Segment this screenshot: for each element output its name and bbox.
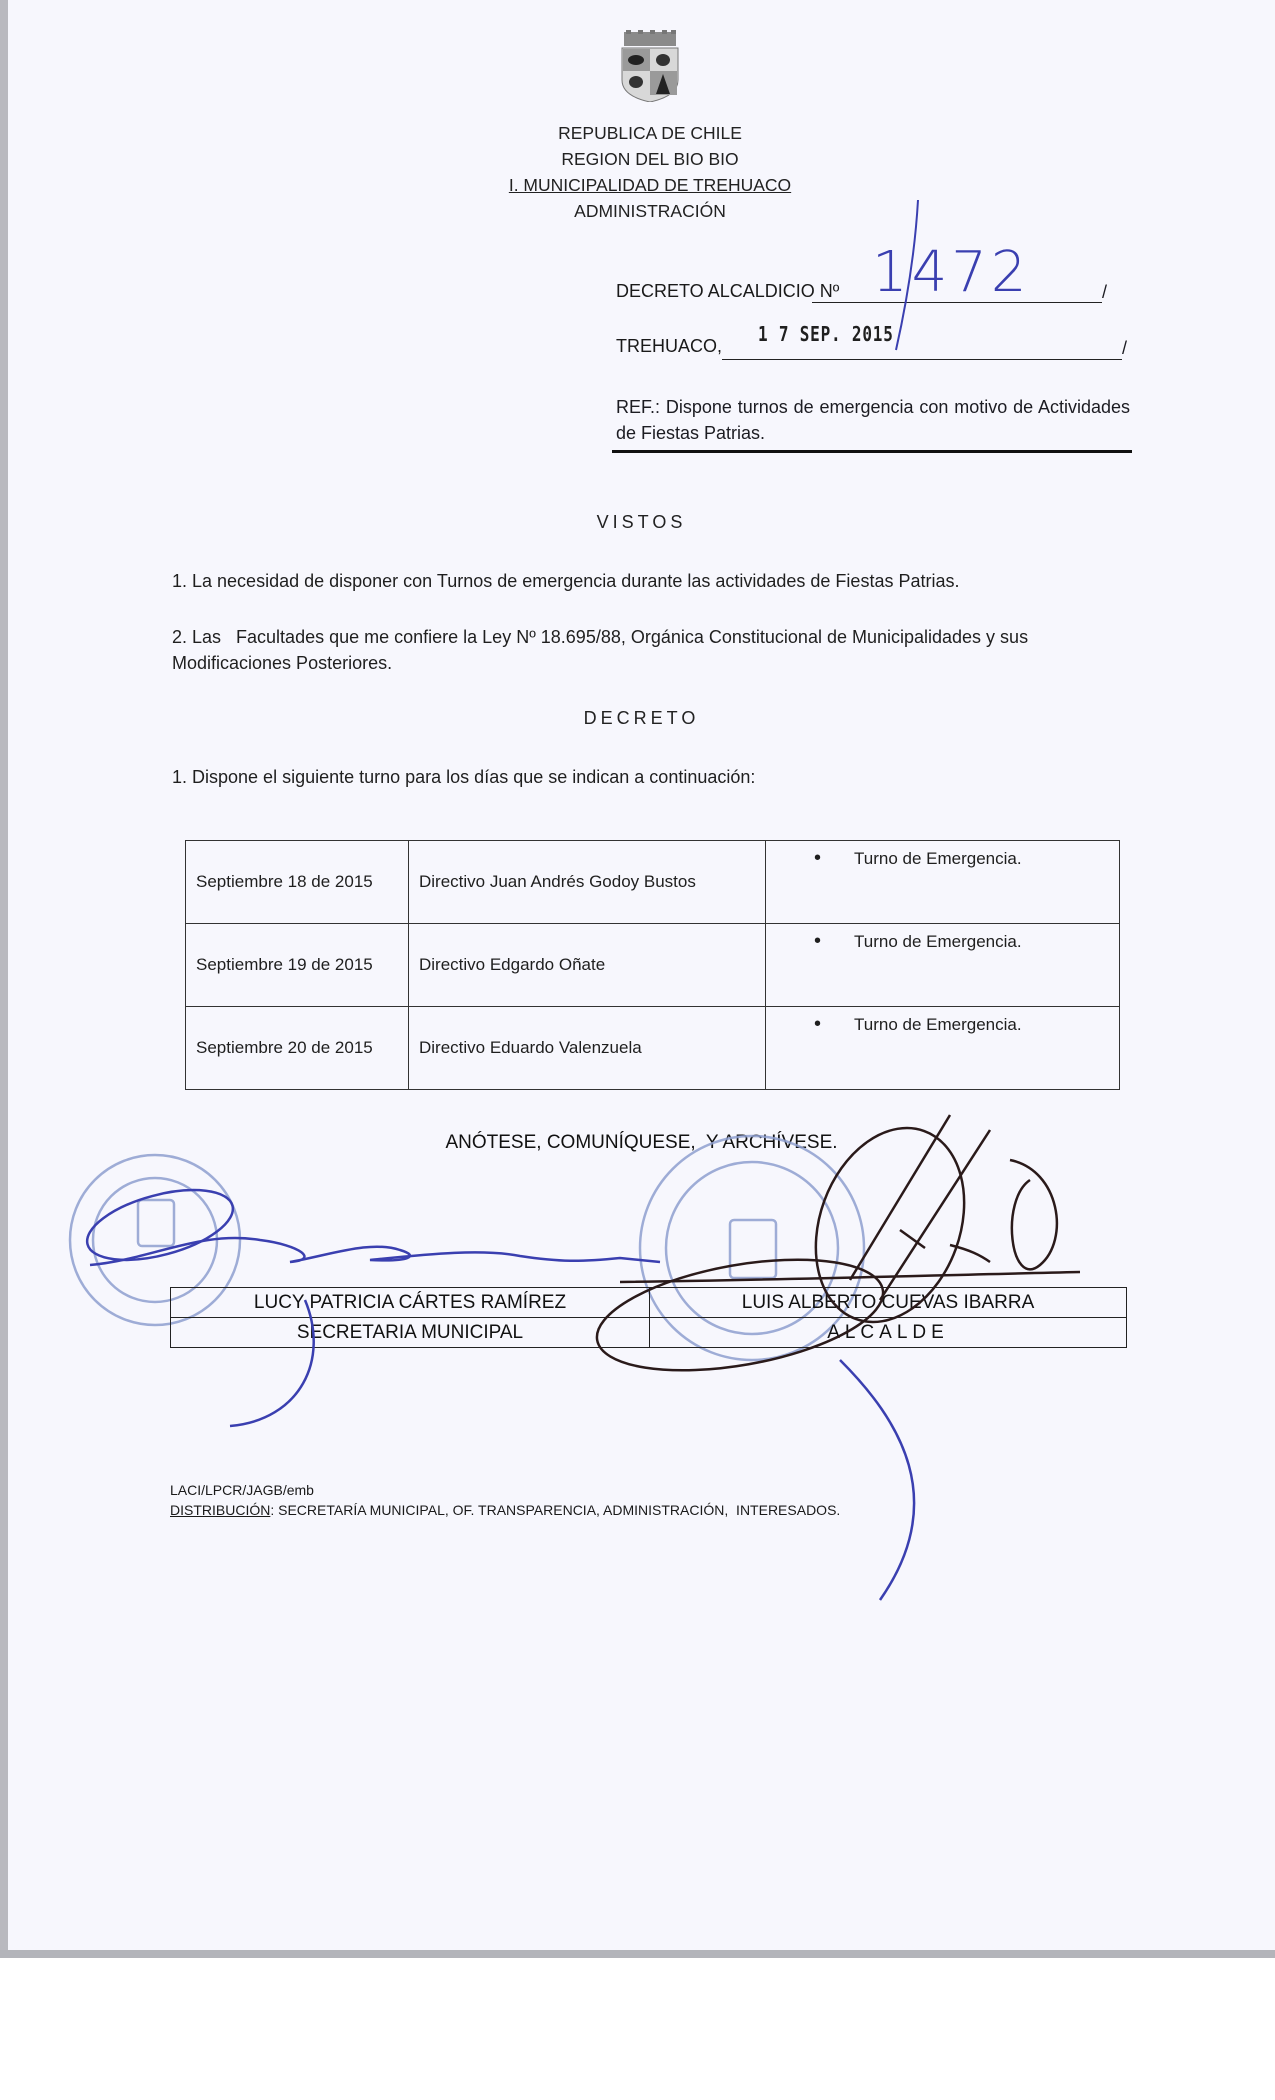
decreto-item-1: 1. Dispone el siguiente turno para los d… bbox=[172, 764, 1132, 790]
bullet-icon bbox=[776, 1013, 854, 1036]
letterhead: REPUBLICA DE CHILE REGION DEL BIO BIO I.… bbox=[450, 120, 850, 224]
shift-duty-text: Turno de Emergencia. bbox=[854, 1015, 1022, 1034]
closing-formula: ANÓTESE, COMUNÍQUESE, Y ARCHÍVESE. bbox=[0, 1132, 1275, 1154]
ref-text: Dispone turnos de emergencia con motivo … bbox=[616, 397, 1130, 443]
shift-date: Septiembre 18 de 2015 bbox=[186, 841, 409, 924]
municipal-coat-of-arms-icon bbox=[618, 30, 682, 102]
date-stamp: 1 7 SEP. 2015 bbox=[758, 322, 894, 346]
shift-duty-text: Turno de Emergencia. bbox=[854, 932, 1022, 951]
decreto-heading: DECRETO bbox=[0, 708, 1275, 729]
shift-table: Septiembre 18 de 2015 Directivo Juan And… bbox=[185, 840, 1120, 1090]
date-line bbox=[722, 359, 1122, 360]
shift-duty: Turno de Emergencia. bbox=[766, 924, 1120, 1007]
reference: REF.: Dispone turnos de emergencia con m… bbox=[616, 394, 1130, 446]
municipality-line: I. MUNICIPALIDAD DE TREHUACO bbox=[450, 172, 850, 198]
vistos-item-2: 2. Las Facultades que me confiere la Ley… bbox=[172, 624, 1132, 676]
place-label: TREHUACO, bbox=[616, 336, 722, 357]
table-row: Septiembre 19 de 2015 Directivo Edgardo … bbox=[186, 924, 1120, 1007]
secretary-name: LUCY PATRICIA CÁRTES RAMÍREZ bbox=[171, 1288, 650, 1318]
date-slash: / bbox=[1122, 338, 1127, 359]
mayor-role: ALCALDE bbox=[650, 1318, 1127, 1348]
shift-duty-text: Turno de Emergencia. bbox=[854, 849, 1022, 868]
distribution-text: : SECRETARÍA MUNICIPAL, OF. TRANSPARENCI… bbox=[270, 1502, 840, 1518]
bullet-icon bbox=[776, 847, 854, 870]
shift-date: Septiembre 20 de 2015 bbox=[186, 1007, 409, 1090]
table-row: Septiembre 20 de 2015 Directivo Eduardo … bbox=[186, 1007, 1120, 1090]
shift-duty: Turno de Emergencia. bbox=[766, 1007, 1120, 1090]
ref-label: REF.: bbox=[616, 397, 660, 417]
page-edge bbox=[0, 1950, 1275, 1958]
vistos-item-1: 1. La necesidad de disponer con Turnos d… bbox=[172, 568, 1132, 594]
reference-rule bbox=[612, 450, 1132, 453]
distribution-label: DISTRIBUCIÓN bbox=[170, 1502, 270, 1518]
shift-person: Directivo Edgardo Oñate bbox=[409, 924, 766, 1007]
mayor-name: LUIS ALBERTO CUEVAS IBARRA bbox=[650, 1288, 1127, 1318]
bullet-icon bbox=[776, 930, 854, 953]
decree-number-handwritten: 1472 bbox=[872, 240, 1031, 305]
shift-person: Directivo Eduardo Valenzuela bbox=[409, 1007, 766, 1090]
shift-duty: Turno de Emergencia. bbox=[766, 841, 1120, 924]
shift-person: Directivo Juan Andrés Godoy Bustos bbox=[409, 841, 766, 924]
secretary-role: SECRETARIA MUNICIPAL bbox=[171, 1318, 650, 1348]
region-line: REGION DEL BIO BIO bbox=[450, 146, 850, 172]
distribution: DISTRIBUCIÓN: SECRETARÍA MUNICIPAL, OF. … bbox=[170, 1502, 840, 1518]
decree-number-label: DECRETO ALCALDICIO Nº bbox=[616, 281, 839, 302]
department-line: ADMINISTRACIÓN bbox=[450, 198, 850, 224]
table-row: Septiembre 18 de 2015 Directivo Juan And… bbox=[186, 841, 1120, 924]
vistos-heading: VISTOS bbox=[0, 512, 1275, 533]
country-line: REPUBLICA DE CHILE bbox=[450, 120, 850, 146]
initials: LACI/LPCR/JAGB/emb bbox=[170, 1482, 314, 1498]
decree-number-slash: / bbox=[1102, 282, 1107, 303]
shift-date: Septiembre 19 de 2015 bbox=[186, 924, 409, 1007]
signature-table: LUCY PATRICIA CÁRTES RAMÍREZ LUIS ALBERT… bbox=[170, 1287, 1127, 1348]
